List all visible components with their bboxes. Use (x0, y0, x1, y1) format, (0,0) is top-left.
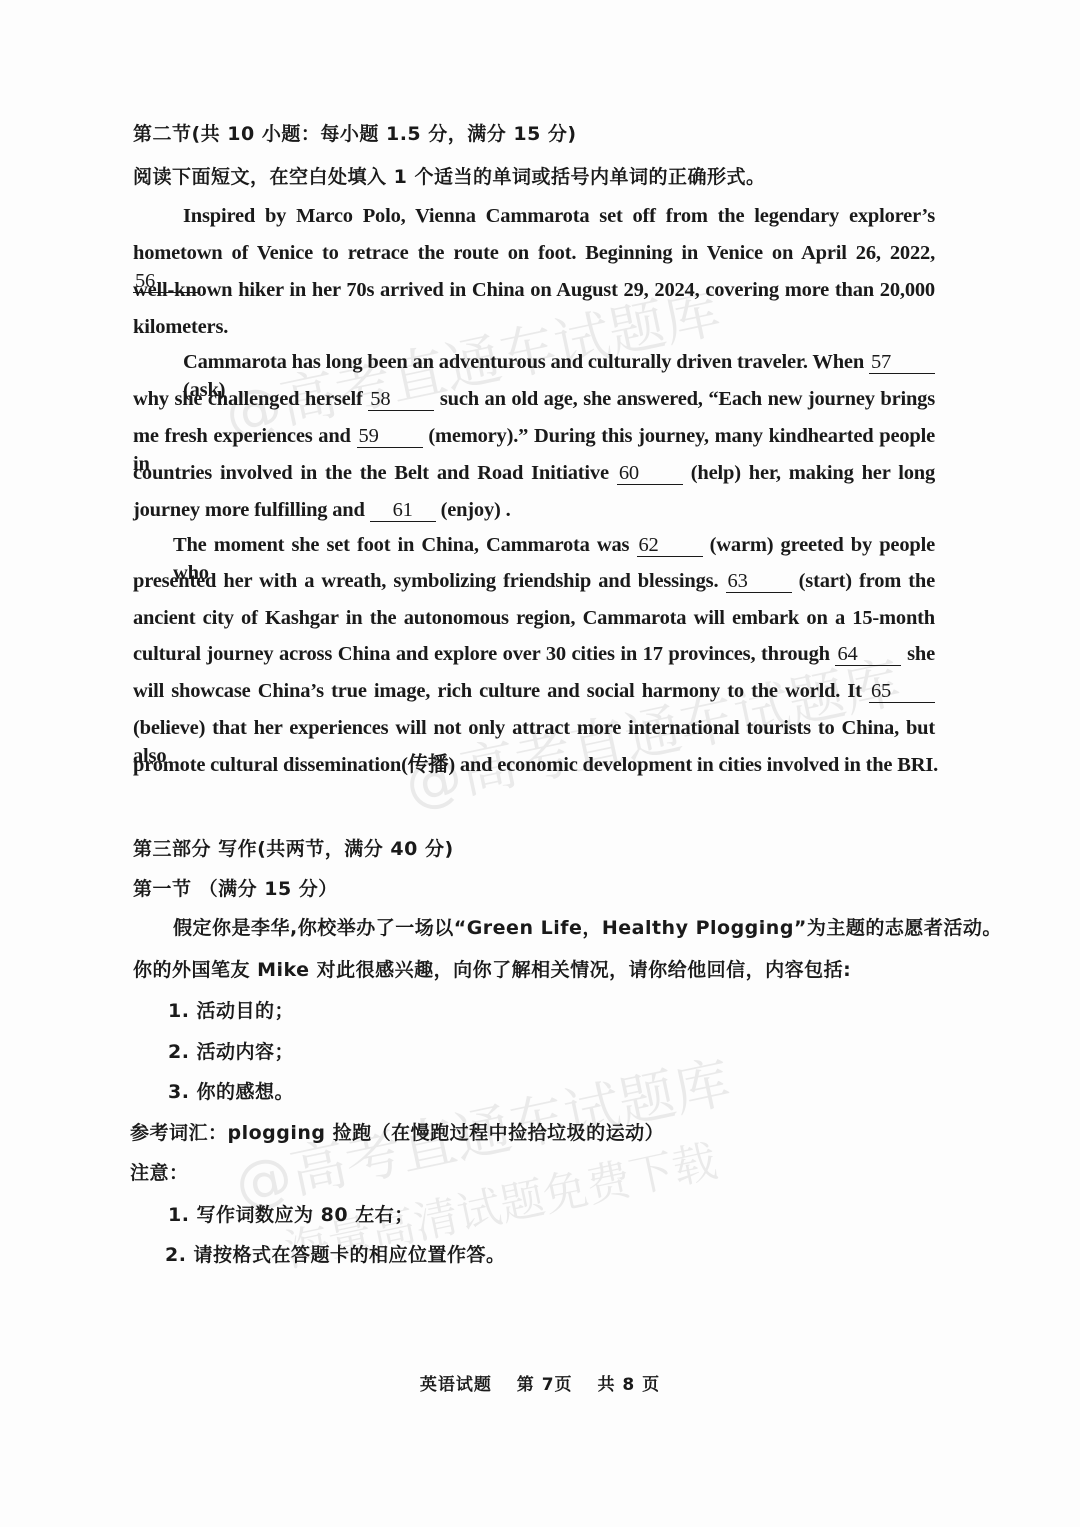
blank-59[interactable]: 59 (357, 425, 423, 448)
passage-line: ancient city of Kashgar in the autonomou… (133, 604, 935, 632)
passage-line: promote cultural dissemination(传播) and e… (133, 751, 935, 779)
blank-62[interactable]: 62 (637, 534, 703, 557)
blank-65[interactable]: 65 (869, 680, 935, 703)
note-item: 1. 写作词数应为 80 左右； (168, 1201, 935, 1229)
section-heading: 第一节 （满分 15 分） (133, 875, 935, 903)
text: (enjoy) . (441, 499, 511, 521)
text: (start) from the (799, 570, 935, 592)
content-point: 2. 活动内容； (168, 1038, 935, 1066)
passage-line: well-known hiker in her 70s arrived in C… (133, 276, 935, 304)
page-footer: 英语试题 第 7页 共 8 页 (0, 1370, 1080, 1395)
passage-line: journey more fulfilling and 61 (enjoy) . (133, 496, 935, 524)
text: hometown of Venice to retrace the route … (133, 242, 935, 264)
passage-line: kilometers. (133, 313, 935, 341)
instruction: 阅读下面短文，在空白处填入 1 个适当的单词或括号内单词的正确形式。 (133, 163, 935, 191)
text: presented her with a wreath, symbolizing… (133, 570, 718, 592)
section-heading: 第二节(共 10 小题：每小题 1.5 分，满分 15 分) (133, 120, 935, 148)
blank-58[interactable]: 58 (368, 388, 434, 411)
exam-page: @高考直通车试题库 @高考直通车试题库 @高考直通车试题库 海量高清试题免费下载… (0, 0, 1080, 1527)
text: The moment she set foot in China, Cammar… (173, 534, 629, 556)
text: countries involved in the the Belt and R… (133, 462, 609, 484)
text: Cammarota has long been an adventurous a… (183, 351, 864, 373)
content-point: 1. 活动目的； (168, 997, 935, 1025)
text: she (907, 643, 935, 665)
content-point: 3. 你的感想。 (168, 1078, 935, 1106)
text: journey more fulfilling and (133, 499, 365, 521)
text: (help) her, making her long (691, 462, 935, 484)
note-item: 2. 请按格式在答题卡的相应位置作答。 (165, 1241, 935, 1269)
writing-prompt: 你的外国笔友 Mike 对此很感兴趣，向你了解相关情况，请你给他回信，内容包括: (133, 956, 935, 984)
blank-61[interactable]: 61 (370, 499, 436, 522)
vocab-reference: 参考词汇：plogging 捡跑（在慢跑过程中捡拾垃圾的运动） (130, 1119, 935, 1147)
footer-page: 第 7页 (517, 1375, 573, 1395)
text: me fresh experiences and (133, 425, 351, 447)
blank-63[interactable]: 63 (726, 570, 792, 593)
footer-subject: 英语试题 (420, 1375, 492, 1395)
passage-line: why she challenged herself 58 such an ol… (133, 385, 935, 413)
text: cultural journey across China and explor… (133, 643, 830, 665)
passage-line: will showcase China’s true image, rich c… (133, 677, 935, 705)
text: such an old age, she answered, “Each new… (440, 388, 935, 410)
text: why she challenged herself (133, 388, 363, 410)
passage-line: cultural journey across China and explor… (133, 640, 935, 668)
text: will showcase China’s true image, rich c… (133, 680, 862, 702)
passage-line: Inspired by Marco Polo, Vienna Cammarota… (183, 202, 935, 230)
notes-heading: 注意： (130, 1159, 935, 1187)
blank-57[interactable]: 57 (869, 351, 935, 374)
part-heading: 第三部分 写作(共两节，满分 40 分) (133, 835, 935, 863)
footer-total: 共 8 页 (597, 1375, 660, 1395)
passage-line: presented her with a wreath, symbolizing… (133, 567, 935, 595)
blank-60[interactable]: 60 (617, 462, 683, 485)
blank-64[interactable]: 64 (835, 643, 901, 666)
writing-prompt: 假定你是李华,你校举办了一场以“Green Life，Healthy Plogg… (173, 914, 935, 942)
passage-line: countries involved in the the Belt and R… (133, 459, 935, 487)
